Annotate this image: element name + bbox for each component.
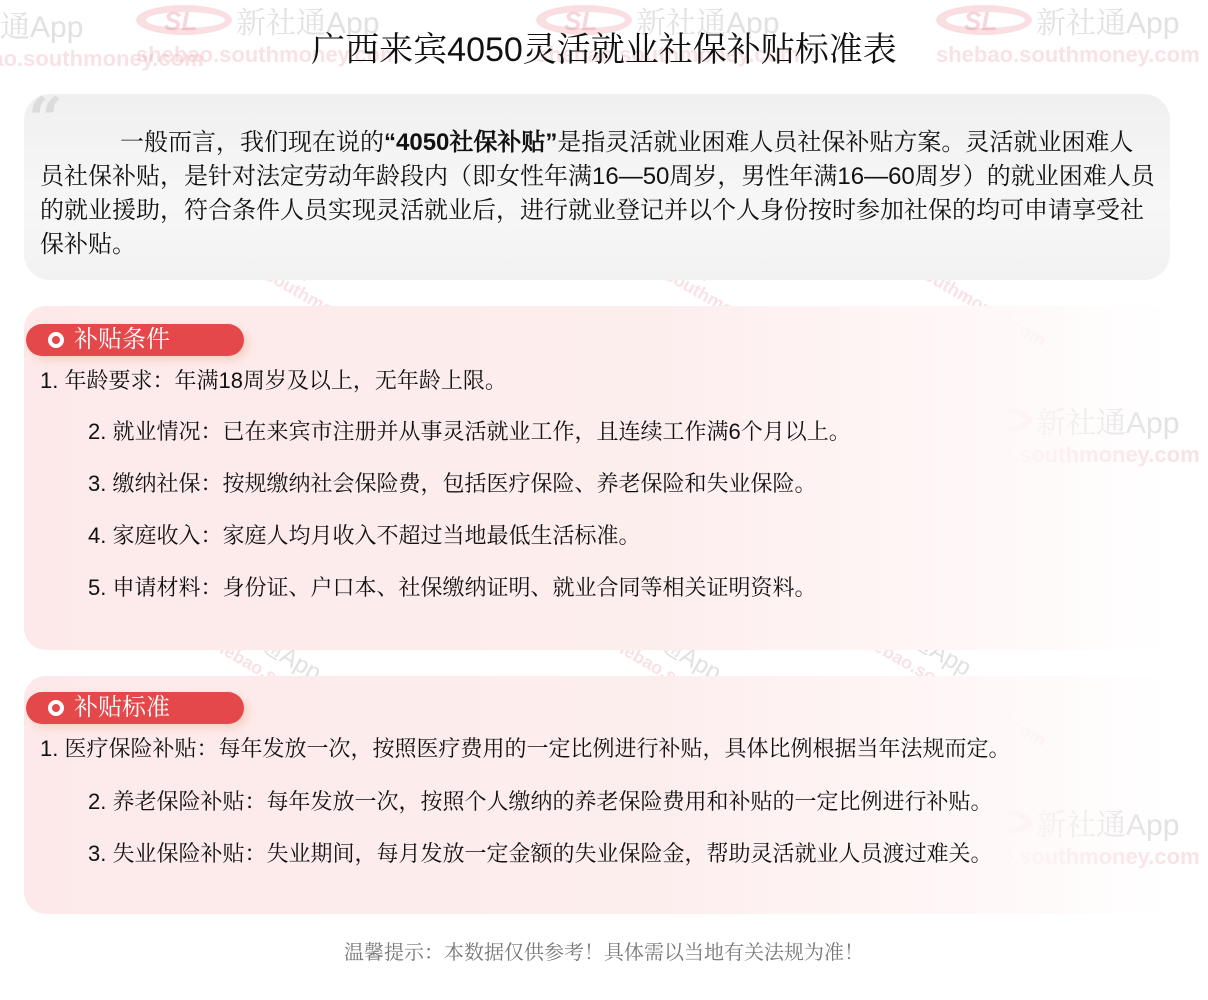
list-item: 4. 家庭收入：家庭人均月收入不超过当地最低生活标准。 bbox=[88, 522, 640, 550]
intro-highlight: “4050社保补贴” bbox=[384, 129, 557, 156]
list-item: 3. 失业保险补贴：失业期间，每月发放一定金额的失业保险金，帮助灵活就业人员渡过… bbox=[88, 840, 992, 868]
list-item: 1. 医疗保险补贴：每年发放一次，按照医疗费用的一定比例进行补贴，具体比例根据当… bbox=[40, 735, 1010, 763]
section-conditions: 补贴条件 1. 年龄要求：年满18周岁及以上，无年龄上限。 2. 就业情况：已在… bbox=[24, 306, 1170, 650]
section-heading-tag: 补贴条件 bbox=[26, 324, 244, 356]
list-item: 5. 申请材料：身份证、户口本、社保缴纳证明、就业合同等相关证明资料。 bbox=[88, 574, 816, 602]
intro-paragraph: 一般而言，我们现在说的“4050社保补贴”是指灵活就业困难人员社保补贴方案。灵活… bbox=[40, 126, 1156, 262]
list-item: 2. 养老保险补贴：每年发放一次，按照个人缴纳的养老保险费用和补贴的一定比例进行… bbox=[88, 788, 992, 816]
circle-icon bbox=[48, 332, 64, 348]
page-title: 广西来宾4050灵活就业社保补贴标准表 bbox=[0, 22, 1208, 71]
section-heading: 补贴标准 bbox=[74, 694, 170, 721]
circle-icon bbox=[48, 700, 64, 716]
list-item: 1. 年龄要求：年满18周岁及以上，无年龄上限。 bbox=[40, 367, 507, 395]
footer-disclaimer: 温馨提示：本数据仅供参考！具体需以当地有关法规为准！ bbox=[0, 936, 1208, 965]
intro-prefix: 一般而言，我们现在说的 bbox=[120, 129, 384, 156]
section-standards: 补贴标准 1. 医疗保险补贴：每年发放一次，按照医疗费用的一定比例进行补贴，具体… bbox=[24, 676, 1170, 914]
list-item: 3. 缴纳社保：按规缴纳社会保险费，包括医疗保险、养老保险和失业保险。 bbox=[88, 470, 816, 498]
list-item: 2. 就业情况：已在来宾市注册并从事灵活就业工作，且连续工作满6个月以上。 bbox=[88, 418, 851, 446]
intro-card: “ 一般而言，我们现在说的“4050社保补贴”是指灵活就业困难人员社保补贴方案。… bbox=[24, 94, 1170, 280]
section-heading-tag: 补贴标准 bbox=[26, 692, 244, 724]
section-heading: 补贴条件 bbox=[74, 326, 170, 353]
